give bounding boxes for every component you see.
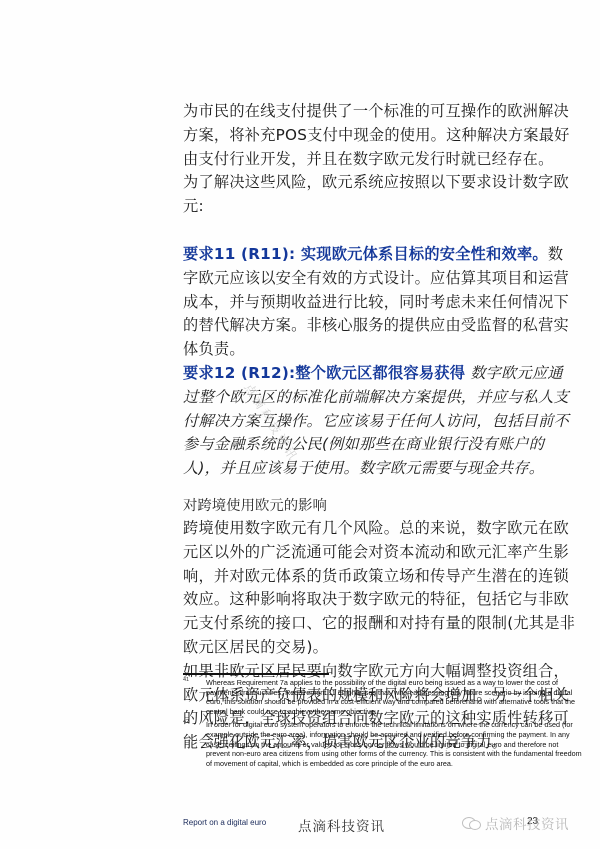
section-title-cross-border: 对跨境使用欧元的影响: [183, 495, 578, 517]
page-footer: Report on a digital euro 点滴科技资讯 23 点滴科技资…: [0, 812, 600, 836]
wechat-watermark-label: 点滴科技资讯: [485, 813, 569, 833]
requirement-11-heading: 要求11 (R11): 实现欧元体系目标的安全性和效率。: [183, 245, 548, 263]
footnote-separator: [183, 673, 329, 675]
footnotes: 41 Whereas Requirement 7a applies to the…: [183, 678, 583, 772]
wechat-watermark: 点滴科技资讯: [462, 813, 569, 833]
footnote-number: 42: [183, 718, 189, 728]
paragraph-cross-border-risks: 跨境使用数字欧元有几个风险。总的来说，数字欧元在欧元区以外的广泛流通可能会对资本…: [183, 517, 578, 660]
footnote-number: 41: [183, 676, 189, 686]
requirement-12: 要求12 (R12):整个欧元区都很容易获得 数字欧元应通过整个欧元区的标准化前…: [183, 362, 578, 481]
body-content: 为市民的在线支付提供了一个标准的可互操作的欧洲解决方案，将补充POS支付中现金的…: [183, 100, 578, 755]
footnote-text: In order for digital euro system operato…: [206, 720, 582, 767]
footnote-41: 41 Whereas Requirement 7a applies to the…: [183, 678, 583, 716]
report-title: Report on a digital euro: [183, 818, 266, 827]
spacer: [183, 219, 578, 243]
footnote-42: 42 In order for digital euro system oper…: [183, 720, 583, 768]
document-page: 为市民的在线支付提供了一个标准的可互操作的欧洲解决方案，将补充POS支付中现金的…: [0, 0, 600, 849]
footnote-text: Whereas Requirement 7a applies to the po…: [206, 678, 575, 716]
paragraph-requirements-intro: 为了解决这些风险，欧元系统应按照以下要求设计数字欧元:: [183, 171, 578, 219]
requirement-11: 要求11 (R11): 实现欧元体系目标的安全性和效率。数字欧元应该以安全有效的…: [183, 243, 578, 362]
brand-watermark-text: 点滴科技资讯: [298, 815, 385, 835]
wechat-icon: [462, 816, 482, 830]
paragraph-online-payments: 为市民的在线支付提供了一个标准的可互操作的欧洲解决方案，将补充POS支付中现金的…: [183, 100, 578, 171]
requirement-12-heading: 要求12 (R12):整个欧元区都很容易获得: [183, 364, 465, 382]
